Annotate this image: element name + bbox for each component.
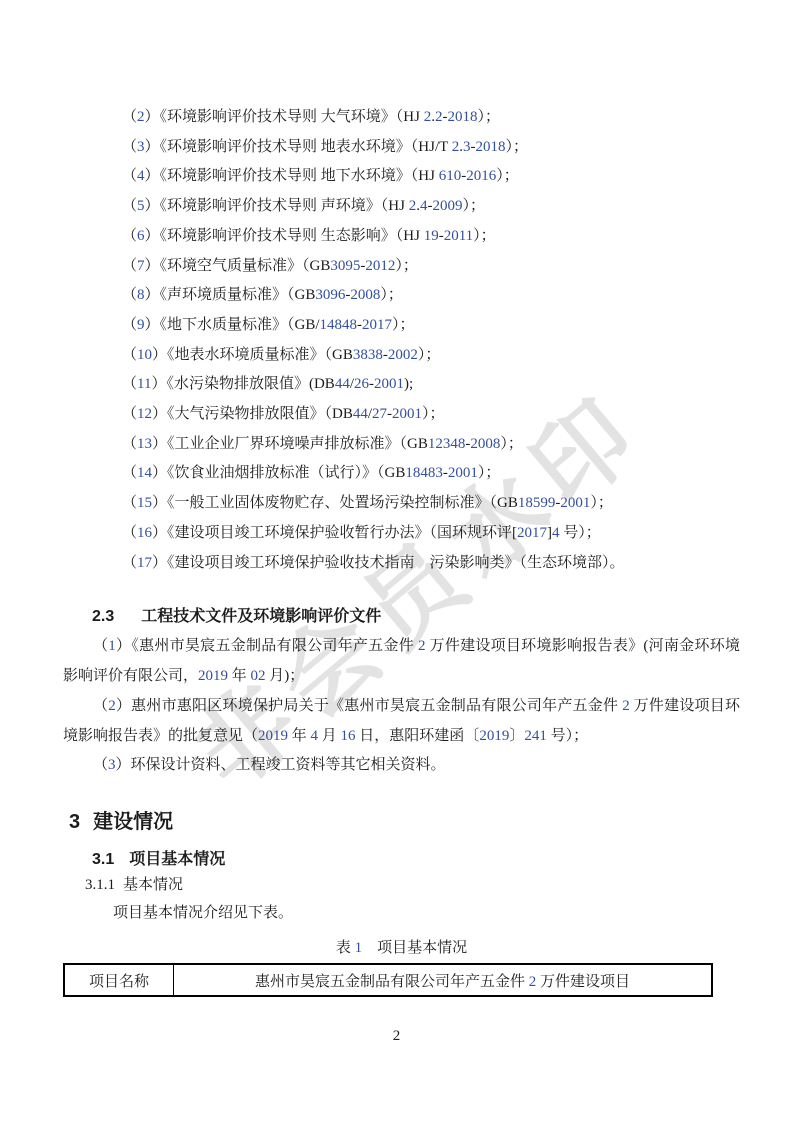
table-cell-label: 项目名称 — [64, 964, 174, 996]
section-title: 基本情况 — [123, 877, 183, 893]
table-caption: 表 1 项目基本情况 — [63, 935, 740, 961]
standards-item-2: （2）《环境影响评价技术导则 大气环境》（HJ 2.2-2018）； — [63, 103, 740, 133]
standards-item-14: （14）《饮食业油烟排放标准（试行）》（GB18483-2001）； — [63, 459, 740, 489]
standards-item-3: （3）《环境影响评价技术导则 地表水环境》（HJ/T 2.3-2018）； — [63, 133, 740, 163]
section-heading-3-1: 3.1项目基本情况 — [63, 847, 740, 873]
paragraph-approval: （2）惠州市惠阳区环境保护局关于《惠州市昊宸五金制品有限公司年产五金件 2 万件… — [63, 692, 740, 752]
standards-item-10: （10）《地表水环境质量标准》（GB3838-2002）； — [63, 341, 740, 371]
section-heading-3: 3建设情况 — [63, 807, 740, 837]
section-number: 3.1 — [92, 847, 114, 873]
standards-item-9: （9）《地下水质量标准》（GB/14848-2017）； — [63, 311, 740, 341]
table-row: 项目名称 惠州市昊宸五金制品有限公司年产五金件 2 万件建设项目 — [64, 964, 712, 996]
standards-item-12: （12）《大气污染物排放限值》（DB44/27-2001）； — [63, 400, 740, 430]
page-number: 2 — [0, 1028, 793, 1045]
standards-item-5: （5）《环境影响评价技术导则 声环境》（HJ 2.4-2009）； — [63, 192, 740, 222]
table-cell-value: 惠州市昊宸五金制品有限公司年产五金件 2 万件建设项目 — [174, 964, 713, 996]
standards-item-7: （7）《环境空气质量标准》（GB3095-2012）； — [63, 252, 740, 282]
section-heading-2-3: 2.3工程技术文件及环境影响评价文件 — [63, 602, 740, 632]
section-number: 3 — [69, 807, 80, 837]
section-number: 3.1.1 — [85, 873, 115, 897]
standards-item-16: （16）《建设项目竣工环境保护验收暂行办法》（国环规环评[2017]4 号）； — [63, 519, 740, 549]
standards-item-11: （11）《水污染物排放限值》(DB44/26-2001); — [63, 370, 740, 400]
document-page: 非会员水印 （2）《环境影响评价技术导则 大气环境》（HJ 2.2-2018）；… — [0, 0, 793, 1122]
section-heading-3-1-1: 3.1.1基本情况 — [63, 873, 740, 897]
standards-item-17: （17）《建设项目竣工环境保护验收技术指南 污染影响类》（生态环境部）。 — [63, 549, 740, 579]
standards-item-8: （8）《声环境质量标准》（GB3096-2008）； — [63, 281, 740, 311]
intro-paragraph: 项目基本情况介绍见下表。 — [63, 899, 740, 927]
paragraph-env-report: （1）《惠州市昊宸五金制品有限公司年产五金件 2 万件建设项目环境影响报告表》(… — [63, 632, 740, 692]
section-title: 工程技术文件及环境影响评价文件 — [141, 608, 381, 625]
basic-info-table: 项目名称 惠州市昊宸五金制品有限公司年产五金件 2 万件建设项目 — [63, 963, 713, 997]
page-content: （2）《环境影响评价技术导则 大气环境》（HJ 2.2-2018）； （3）《环… — [63, 103, 740, 997]
standards-item-13: （13）《工业企业厂界环境噪声排放标准》（GB12348-2008）； — [63, 430, 740, 460]
section-title: 建设情况 — [93, 811, 173, 833]
section-title: 项目基本情况 — [129, 851, 225, 868]
standards-item-4: （4）《环境影响评价技术导则 地下水环境》（HJ 610-2016）； — [63, 162, 740, 192]
standards-item-6: （6）《环境影响评价技术导则 生态影响》（HJ 19-2011）； — [63, 222, 740, 252]
section-number: 2.3 — [92, 602, 114, 632]
standards-item-15: （15）《一般工业固体废物贮存、处置场污染控制标准》（GB18599-2001）… — [63, 489, 740, 519]
paragraph-other-docs: （3）环保设计资料、工程竣工资料等其它相关资料。 — [63, 751, 740, 781]
